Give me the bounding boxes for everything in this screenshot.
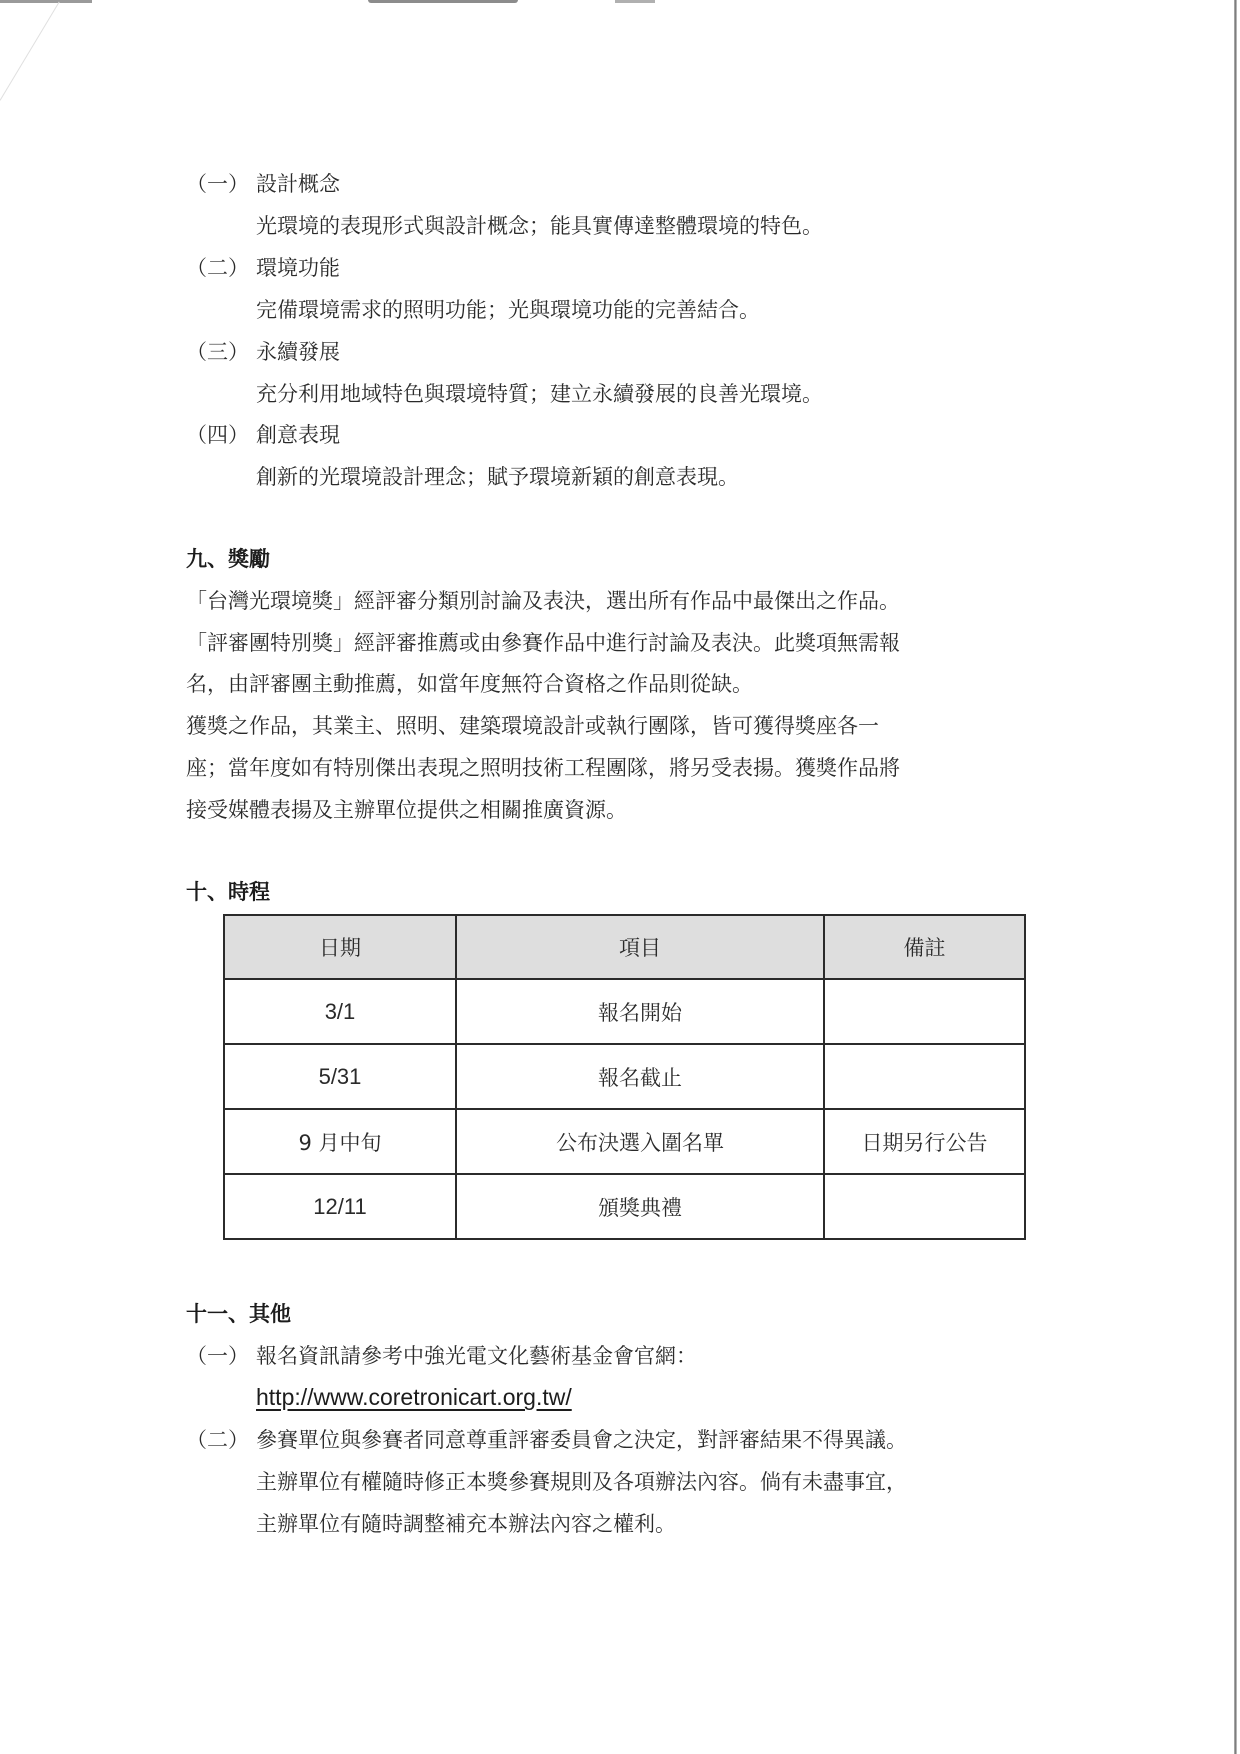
paragraph-line: 座；當年度如有特別傑出表現之照明技術工程團隊，將另受表揚。獲獎作品將 [186, 758, 900, 779]
paragraph-line: 獲獎之作品，其業主、照明、建築環境設計或執行團隊，皆可獲得獎座各一 [186, 716, 879, 737]
criteria-item-title: （一）設計概念 [186, 174, 340, 195]
paragraph-line: 名，由評審團主動推薦，如當年度無符合資格之作品則從缺。 [186, 674, 753, 695]
criteria-item-title: （三）永續發展 [186, 342, 340, 363]
other-item: （一）報名資訊請參考中強光電文化藝術基金會官網： [186, 1346, 697, 1367]
item-marker: （二） [186, 1430, 256, 1451]
schedule-table: 日期 項目 備註 3/1 報名開始 5/31 報名截止 9 月中旬 公布決選入圍… [223, 914, 1026, 1240]
scan-page-edge [1234, 0, 1237, 1754]
cell-note [824, 979, 1025, 1044]
criteria-desc: 充分利用地域特色與環境特質；建立永續發展的良善光環境。 [256, 384, 823, 405]
other-item-text: 報名資訊請參考中強光電文化藝術基金會官網： [256, 1344, 697, 1368]
website-link[interactable]: http://www.coretronicart.org.tw/ [256, 1384, 572, 1410]
column-header-note: 備註 [824, 915, 1025, 979]
website-link-line: http://www.coretronicart.org.tw/ [256, 1386, 572, 1409]
table-row: 9 月中旬 公布決選入圍名單 日期另行公告 [224, 1109, 1025, 1174]
criteria-title: 創意表現 [256, 423, 340, 447]
criteria-item-title: （四）創意表現 [186, 425, 340, 446]
cell-note: 日期另行公告 [824, 1109, 1025, 1174]
other-item-text: 參賽單位與參賽者同意尊重評審委員會之決定，對評審結果不得異議。 [256, 1428, 907, 1452]
table-header-row: 日期 項目 備註 [224, 915, 1025, 979]
cell-date: 5/31 [224, 1044, 456, 1109]
cell-item: 報名開始 [456, 979, 824, 1044]
criteria-title: 永續發展 [256, 340, 340, 364]
item-marker: （一） [186, 174, 256, 195]
cell-date: 3/1 [224, 979, 456, 1044]
section-heading: 十、時程 [186, 882, 270, 903]
criteria-desc: 完備環境需求的照明功能；光與環境功能的完善結合。 [256, 300, 760, 321]
other-item-text: 主辦單位有隨時調整補充本辦法內容之權利。 [256, 1514, 676, 1535]
scan-artifact [368, 0, 518, 3]
cell-item: 報名截止 [456, 1044, 824, 1109]
table-row: 5/31 報名截止 [224, 1044, 1025, 1109]
cell-note [824, 1044, 1025, 1109]
scan-artifact [0, 2, 60, 101]
cell-item: 頒獎典禮 [456, 1174, 824, 1239]
paragraph-line: 「評審團特別獎」經評審推薦或由參賽作品中進行討論及表決。此獎項無需報 [186, 633, 900, 654]
table-row: 12/11 頒獎典禮 [224, 1174, 1025, 1239]
cell-date: 9 月中旬 [224, 1109, 456, 1174]
column-header-date: 日期 [224, 915, 456, 979]
cell-note [824, 1174, 1025, 1239]
criteria-item-title: （二）環境功能 [186, 258, 340, 279]
criteria-desc: 光環境的表現形式與設計概念；能具實傳達整體環境的特色。 [256, 216, 823, 237]
item-marker: （一） [186, 1346, 256, 1367]
criteria-desc: 創新的光環境設計理念；賦予環境新穎的創意表現。 [256, 467, 739, 488]
section-heading: 十一、其他 [186, 1304, 291, 1325]
cell-date: 12/11 [224, 1174, 456, 1239]
column-header-item: 項目 [456, 915, 824, 979]
criteria-title: 環境功能 [256, 256, 340, 280]
scan-artifact [0, 0, 92, 3]
criteria-title: 設計概念 [256, 172, 340, 196]
other-item-text: 主辦單位有權隨時修正本獎參賽規則及各項辦法內容。倘有未盡事宜， [256, 1472, 907, 1493]
item-marker: （三） [186, 342, 256, 363]
paragraph-line: 接受媒體表揚及主辦單位提供之相關推廣資源。 [186, 800, 627, 821]
paragraph-line: 「台灣光環境獎」經評審分類別討論及表決，選出所有作品中最傑出之作品。 [186, 591, 900, 612]
section-heading: 九、獎勵 [186, 549, 270, 570]
item-marker: （二） [186, 258, 256, 279]
cell-item: 公布決選入圍名單 [456, 1109, 824, 1174]
item-marker: （四） [186, 425, 256, 446]
other-item: （二）參賽單位與參賽者同意尊重評審委員會之決定，對評審結果不得異議。 [186, 1430, 907, 1451]
scan-artifact [615, 0, 655, 3]
table-row: 3/1 報名開始 [224, 979, 1025, 1044]
